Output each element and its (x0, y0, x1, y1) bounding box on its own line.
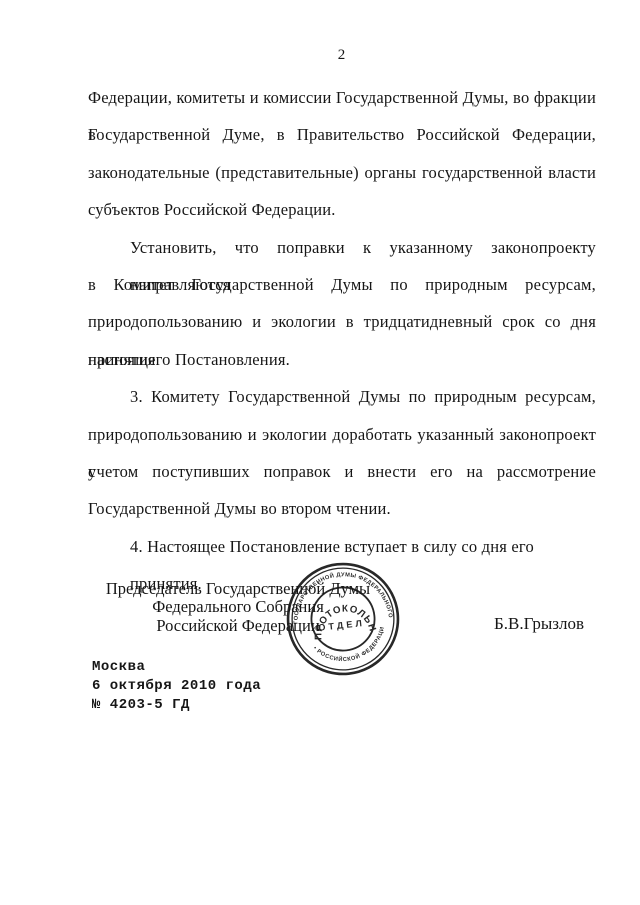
page-number: 2 (88, 47, 596, 64)
footer-doc-number: № 4203-5 ГД (92, 696, 261, 715)
protocol-stamp: ГОСУДАРСТВЕННОЙ ДУМЫ ФЕДЕРАЛЬНОГО СОБРАН… (279, 554, 407, 683)
body-line: природопользованию и экологии в тридцати… (88, 303, 596, 340)
signer-name: Б.В.Грызлов (494, 614, 584, 634)
body-line: учетом поступивших поправок и внести его… (88, 453, 596, 490)
footer-date: 6 октября 2010 года (92, 677, 261, 696)
body-line: 3. Комитету Государственной Думы по прир… (88, 378, 596, 415)
footer-city: Москва (92, 658, 261, 677)
body-line: законодательные (представительные) орган… (88, 154, 596, 191)
footer-block: Москва 6 октября 2010 года № 4203-5 ГД (92, 658, 261, 716)
body-line: Установить, что поправки к указанному за… (88, 229, 596, 266)
body-line: Федерации, комитеты и комиссии Государст… (88, 79, 596, 116)
body-line: Государственной Думе, в Правительство Ро… (88, 116, 596, 153)
body-line: субъектов Российской Федерации. (88, 191, 596, 228)
body-line: Государственной Думы во втором чтении. (88, 490, 596, 527)
document-body: Федерации, комитеты и комиссии Государст… (88, 79, 596, 565)
body-line: природопользованию и экологии доработать… (88, 416, 596, 453)
body-line: настоящего Постановления. (88, 341, 596, 378)
body-line: в Комитет Государственной Думы по природ… (88, 266, 596, 303)
document-page: 2 Федерации, комитеты и комиссии Государ… (0, 0, 640, 905)
